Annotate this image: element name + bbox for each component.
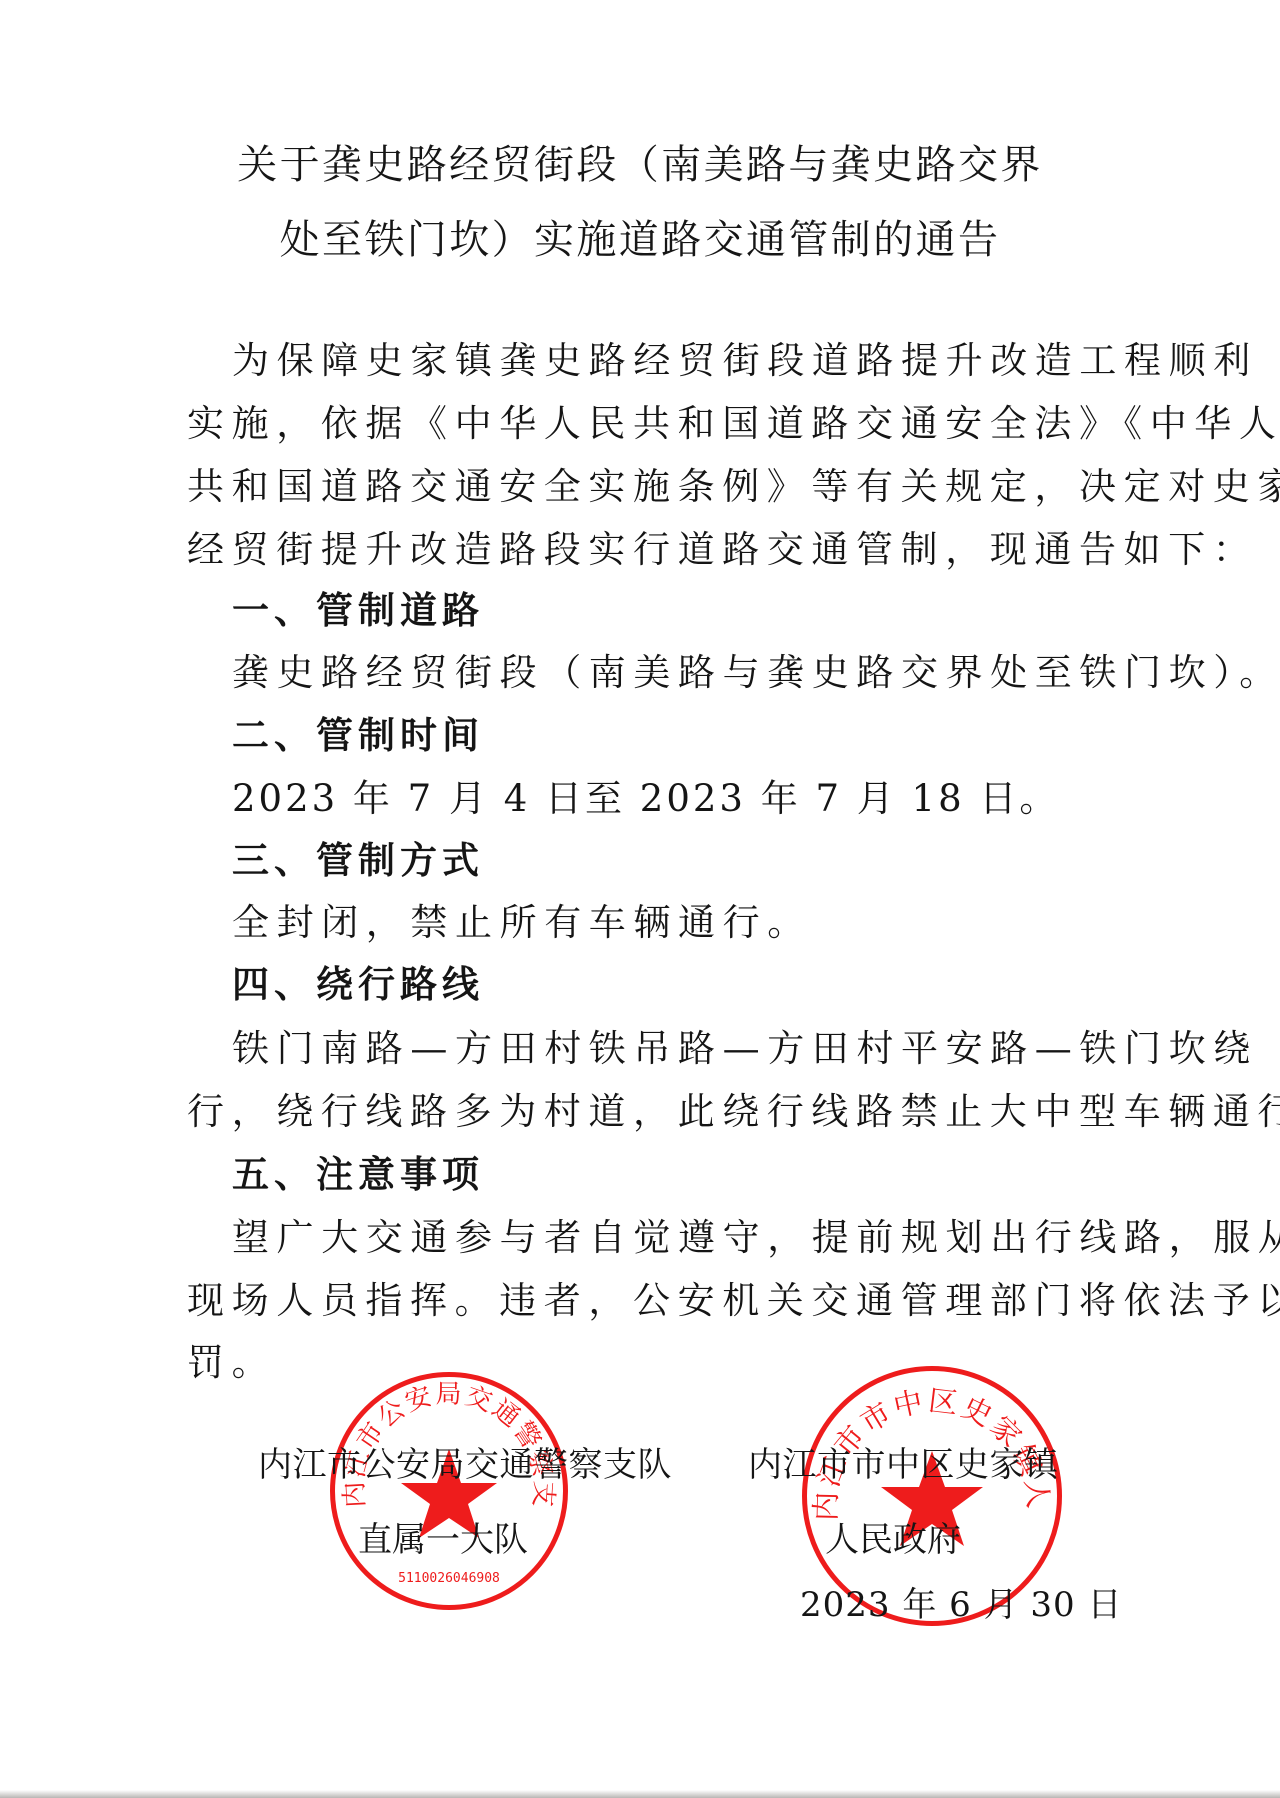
section-text-time: 2023 年 7 月 4 日至 2023 年 7 月 18 日。 (232, 774, 1132, 824)
section-text-notes-2: 现场人员指挥。违者，公安机关交通管理部门将依法予以处 (187, 1276, 1087, 1326)
section-text-detour-1: 铁门南路—方田村铁吊路—方田村平安路—铁门坎绕 (232, 1024, 1132, 1074)
intro-line-3: 共和国道路交通安全实施条例》等有关规定，决定对史家镇 (187, 462, 1087, 512)
document-title-line-1: 关于龚史路经贸街段（南美路与龚史路交界 (190, 140, 1090, 190)
section-text-road: 龚史路经贸街段（南美路与龚史路交界处至铁门坎）。 (232, 648, 1132, 698)
document-page: 关于龚史路经贸街段（南美路与龚史路交界 处至铁门坎）实施道路交通管制的通告 为保… (0, 0, 1280, 1798)
section-heading-detour: 四、绕行路线 (232, 960, 1132, 1010)
document-title-line-2: 处至铁门坎）实施道路交通管制的通告 (190, 215, 1090, 265)
intro-line-4: 经贸街提升改造路段实行道路交通管制，现通告如下： (187, 525, 1087, 575)
right-signature-org: 内江市市中区史家镇 (748, 1443, 1059, 1487)
intro-line-2: 实施，依据《中华人民共和国道路交通安全法》《中华人民 (187, 399, 1087, 449)
police-seal-stamp: 内江市公安局交通警察支队直属一大队 5110026046908 (330, 1372, 568, 1610)
right-signature-unit: 人民政府 (825, 1518, 961, 1562)
stamp-number: 5110026046908 (398, 1571, 500, 1586)
scan-bottom-edge (0, 1790, 1280, 1798)
section-heading-method: 三、管制方式 (232, 836, 1132, 886)
signature-date: 2023 年 6 月 30 日 (800, 1583, 1122, 1627)
section-text-notes-1: 望广大交通参与者自觉遵守，提前规划出行线路，服从 (232, 1213, 1132, 1263)
star-icon: 内江市公安局交通警察支队直属一大队 5110026046908 (335, 1377, 563, 1605)
section-text-method: 全封闭，禁止所有车辆通行。 (232, 898, 1132, 948)
section-heading-time: 二、管制时间 (232, 711, 1132, 761)
section-heading-road: 一、管制道路 (232, 586, 1132, 636)
left-signature-org: 内江市公安局交通警察支队 (258, 1443, 672, 1487)
intro-line-1: 为保障史家镇龚史路经贸街段道路提升改造工程顺利 (232, 336, 1132, 386)
left-signature-unit: 直属一大队 (358, 1518, 528, 1562)
section-text-detour-2: 行，绕行线路多为村道，此绕行线路禁止大中型车辆通行。 (187, 1087, 1087, 1137)
section-heading-notes: 五、注意事项 (232, 1150, 1132, 1200)
